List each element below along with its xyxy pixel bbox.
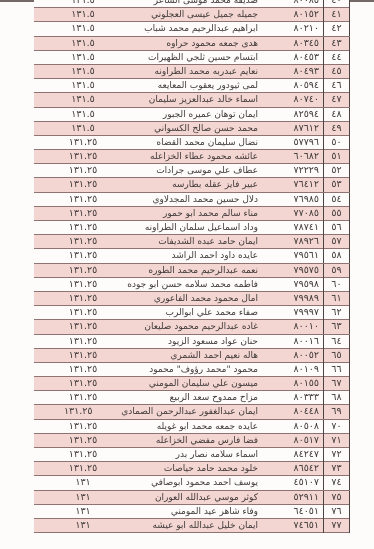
serial-cell: ٥٥	[323, 207, 350, 221]
table-row: ٦٤ ٨٠٠١٦ حنان عواد مسعود الزيود ١٣١.٢٥	[34, 335, 350, 349]
name-cell: ايمان عبدالغفور عبدالرحمن الصمادي	[121, 405, 263, 419]
table-row: ٤٣ ٨٠٣٤٥ هدى جمعه محمود حراوه ١٣١.٥	[34, 37, 350, 51]
value-cell: ١٣١.٢٥	[34, 363, 126, 377]
serial-cell: ٥٨	[323, 249, 350, 263]
id-cell: ٨٠٥١٧	[263, 434, 323, 448]
table-row: ٤٤ ٨٠٤٥٣ ابتسام حسين ثلجي الظهيرات ١٣١.٥	[34, 51, 350, 65]
serial-cell: ٦٩	[323, 405, 350, 419]
name-cell: محمود "محمد رؤوف" محمود	[126, 363, 263, 377]
value-cell: ١٣١	[34, 491, 126, 505]
id-cell: ٧٩٩٨٩	[263, 292, 323, 306]
id-cell: ٨٠٣٤٥	[263, 37, 323, 51]
table-row: ٤٦ ٨٠٥٩٤ لمى ثيودور يعقوب المعايعه ١٣١.٥	[34, 79, 350, 93]
id-cell: ٨٠١٥٥	[263, 377, 323, 391]
name-cell: جميله جميل عيسى العجلوني	[126, 8, 263, 22]
id-cell: ٥٢٩١١	[263, 491, 323, 505]
name-cell: اسماء خالد عبدالعزيز سليمان	[126, 93, 263, 107]
table-row: ٦٨ ٨٠٣٣٣ مزاح ممدوح سعد الربيع ١٣١.٢٥	[34, 391, 350, 405]
table-row: ٤٨ ٨٢٥٩٤ ايمان توهان عميره الجبور ١٣١.٥	[34, 108, 350, 122]
name-cell: نعايم عبدربه محمد الطراونه	[126, 65, 263, 79]
name-cell: وداد اسماعيل سلمان الطراونه	[126, 221, 263, 235]
value-cell: ١٣١.٢٥	[34, 349, 126, 363]
value-cell: ١٣١.٢٥	[34, 320, 126, 334]
name-cell: ايمان توهان عميره الجبور	[126, 108, 263, 122]
value-cell: ١٣١.٢٥	[34, 249, 126, 263]
table-row: ٧٤ ٤٥١٠٧ يوسف احمد محمود ابوصافي ١٣١	[34, 476, 350, 490]
table-row: ٥٧ ٧٨٩٢٦ ايمان حامد عبده الشديفات ١٣١.٢٥	[34, 235, 350, 249]
table-row: ٥٦ ٧٨٧٤١ وداد اسماعيل سلمان الطراونه ١٣١…	[34, 221, 350, 235]
serial-cell: ٤٠	[323, 0, 350, 8]
table-row: ٦٩ ٨٠٤٤٨ ايمان عبدالغفور عبدالرحمن الصما…	[34, 405, 350, 419]
name-cell: ابتسام حسين ثلجي الظهيرات	[126, 51, 263, 65]
name-cell: مزاح ممدوح سعد الربيع	[126, 391, 263, 405]
name-cell: حنان عواد مسعود الزيود	[126, 335, 263, 349]
value-cell: ١٣١.٢٥	[34, 292, 126, 306]
value-cell: ١٣١.٢٥	[34, 221, 126, 235]
table-row: ٦٧ ٨٠١٥٥ ميسون علي سليمان المومني ١٣١.٢٥	[34, 377, 350, 391]
value-cell: ١٣١.٢٥	[34, 278, 126, 292]
value-cell: ١٣١.٢٥	[34, 178, 126, 192]
value-cell: ١٣١.٢٥	[34, 264, 126, 278]
name-cell: خلود محمد حامد حياصات	[126, 462, 263, 476]
id-cell: ٨٠٥٩٤	[263, 79, 323, 93]
name-cell: نضال سليمان محمد القضاه	[126, 136, 263, 150]
serial-cell: ٧١	[323, 434, 350, 448]
serial-cell: ٤٣	[323, 37, 350, 51]
table-row: ٥٥ ٧٧٠٨٥ مناء سالم محمد ابو حمور ١٣١.٢٥	[34, 207, 350, 221]
scanned-document-page: ٤٠ ٨٠٠٨٥ صديقه محمد موسى الشاعر ١٣١.٥ ٤١…	[0, 0, 374, 549]
id-cell: ٥٧٧٩٦	[263, 136, 323, 150]
id-cell: ٨٠٠١٠	[263, 320, 323, 334]
serial-cell: ٧٠	[323, 420, 350, 434]
value-cell: ١٣١.٥	[34, 108, 126, 122]
name-cell: عايده جمعه محمد ابو غويله	[126, 420, 263, 434]
id-cell: ٤٥١٠٧	[263, 476, 323, 490]
value-cell: ١٣١.٥	[34, 122, 126, 136]
value-cell: ١٣١.٥	[34, 51, 126, 65]
serial-cell: ٤٥	[323, 65, 350, 79]
name-cell: يوسف احمد محمود ابوصافي	[126, 476, 263, 490]
id-cell: ٨٢٥٩٤	[263, 108, 323, 122]
serial-cell: ٦٧	[323, 377, 350, 391]
name-cell: وفاء شاهر عيد المومني	[126, 505, 263, 519]
id-cell: ٧٨٩٢٦	[263, 235, 323, 249]
id-cell: ٨٠٧٤٠	[263, 93, 323, 107]
serial-cell: ٥٦	[323, 221, 350, 235]
serial-cell: ٧٦	[323, 505, 350, 519]
value-cell: ١٣١	[34, 519, 126, 533]
serial-cell: ٥١	[323, 150, 350, 164]
serial-cell: ٦١	[323, 292, 350, 306]
serial-cell: ٦٤	[323, 335, 350, 349]
serial-cell: ٥٠	[323, 136, 350, 150]
value-cell: ١٣١.٥	[34, 37, 126, 51]
serial-cell: ٦٢	[323, 306, 350, 320]
value-cell: ١٣١.٢٥	[34, 207, 126, 221]
value-cell: ١٣١.٥	[34, 79, 126, 93]
table-row: ٥٣ ٧٦٤١٢ عبير فايز عقله بطارسه ١٣١.٢٥	[34, 178, 350, 192]
table-row: ٦٦ ٨٠١٠٩ محمود "محمد رؤوف" محمود ١٣١.٢٥	[34, 363, 350, 377]
serial-cell: ٧٧	[323, 519, 350, 533]
id-cell: ٧٨٧٤١	[263, 221, 323, 235]
serial-cell: ٥٧	[323, 235, 350, 249]
name-cell: عائشه محمود عطاء الخزاعله	[126, 150, 263, 164]
name-cell: هاله نعيم احمد الشمري	[126, 349, 263, 363]
id-cell: ٨٦٥٤٢	[263, 462, 323, 476]
serial-cell: ٦٠	[323, 278, 350, 292]
value-cell: ١٣١.٢٥	[34, 462, 126, 476]
name-cell: فاطمه محمد سلامه حسن ابو جوده	[126, 278, 263, 292]
name-cell: ايمان حامد عبده الشديفات	[126, 235, 263, 249]
table-row: ٦٠ ٧٩٥٩٨ فاطمه محمد سلامه حسن ابو جوده ١…	[34, 278, 350, 292]
name-cell: عبير فايز عقله بطارسه	[126, 178, 263, 192]
value-cell: ١٣١.٢٥	[34, 420, 126, 434]
id-cell: ٨٠٠٥٢	[263, 349, 323, 363]
serial-cell: ٦٥	[323, 349, 350, 363]
serial-cell: ٤٨	[323, 108, 350, 122]
serial-cell: ٧٢	[323, 448, 350, 462]
value-cell: ١٣١.٥	[34, 65, 126, 79]
serial-cell: ٦٨	[323, 391, 350, 405]
id-cell: ٨٠٢١٠	[263, 22, 323, 36]
id-cell: ٨٤٢٤٧	[263, 448, 323, 462]
id-cell: ٨٠٤٥٣	[263, 51, 323, 65]
id-cell: ٨٠٣٣٣	[263, 391, 323, 405]
value-cell: ١٣١.٥	[34, 0, 126, 8]
table-row: ٤٠ ٨٠٠٨٥ صديقه محمد موسى الشاعر ١٣١.٥	[34, 0, 350, 8]
serial-cell: ٤٩	[323, 122, 350, 136]
id-cell: ٧٦٩٨٥	[263, 193, 323, 207]
name-cell: لمى ثيودور يعقوب المعايعه	[126, 79, 263, 93]
value-cell: ١٣١	[34, 476, 126, 490]
value-cell: ١٣١.٢٥	[34, 306, 126, 320]
roster-table: ٤٠ ٨٠٠٨٥ صديقه محمد موسى الشاعر ١٣١.٥ ٤١…	[34, 0, 350, 533]
table-row: ٧١ ٨٠٥١٧ فضا فارس مفضي الخزاعله ١٣١.٢٥	[34, 434, 350, 448]
id-cell: ٨٠٤٤٨	[263, 405, 323, 419]
serial-cell: ٦٣	[323, 320, 350, 334]
table-row: ٧٥ ٥٢٩١١ كوثر موسي عبدالله العوران ١٣١	[34, 491, 350, 505]
value-cell: ١٣١	[34, 505, 126, 519]
serial-cell: ٦٦	[323, 363, 350, 377]
name-cell: كوثر موسي عبدالله العوران	[126, 491, 263, 505]
table-row: ٥٩ ٧٩٥٧٥ نعمه عبدالرحيم محمد الطوره ١٣١.…	[34, 264, 350, 278]
table-row: ٦٥ ٨٠٠٥٢ هاله نعيم احمد الشمري ١٣١.٢٥	[34, 349, 350, 363]
table-row: ٦٢ ٧٩٩٩٧ صفاء محمد علي ابوالرب ١٣١.٢٥	[34, 306, 350, 320]
serial-cell: ٥٢	[323, 164, 350, 178]
id-cell: ٨٠١٠٩	[263, 363, 323, 377]
serial-cell: ٧٥	[323, 491, 350, 505]
value-cell: ١٣١.٢٥	[34, 235, 126, 249]
serial-cell: ٤٤	[323, 51, 350, 65]
name-cell: عايده داود احمد الراشد	[126, 249, 263, 263]
name-cell: ايمان خليل عبدالله ابو عيشه	[126, 519, 263, 533]
value-cell: ١٣١.٥	[34, 93, 126, 107]
table-row: ٧٧ ٧٤٦٥١ ايمان خليل عبدالله ابو عيشه ١٣١	[34, 519, 350, 533]
name-cell: دلال حسين محمد المجدلاوي	[126, 193, 263, 207]
value-cell: ١٣١.٢٥	[34, 377, 126, 391]
table-row: ٧٦ ٦٤٠٥١ وفاء شاهر عيد المومني ١٣١	[34, 505, 350, 519]
id-cell: ٨٠١٥٢	[263, 8, 323, 22]
table-row: ٥٢ ٧٢٢٢٩ عطاف علي موسى جرادات ١٣١.٢٥	[34, 164, 350, 178]
value-cell: ١٣١.٢٥	[34, 448, 126, 462]
name-cell: محمد حسن صالح الكسواني	[126, 122, 263, 136]
table-row: ٤٩ ٨٧٦١٢ محمد حسن صالح الكسواني ١٣١.٥	[34, 122, 350, 136]
name-cell: غاده عبدالرحيم محمود صليعان	[126, 320, 263, 334]
name-cell: امال محمود محمد الفاعوري	[126, 292, 263, 306]
table-row: ٦٣ ٨٠٠١٠ غاده عبدالرحيم محمود صليعان ١٣١…	[34, 320, 350, 334]
serial-cell: ٥٤	[323, 193, 350, 207]
id-cell: ٨٠٥٠٨	[263, 420, 323, 434]
id-cell: ٧٦٤١٢	[263, 178, 323, 192]
value-cell: ١٣١.٥	[34, 8, 126, 22]
table-row: ٥٠ ٥٧٧٩٦ نضال سليمان محمد القضاه ١٣١.٢٥	[34, 136, 350, 150]
value-cell: ١٣١.٢٥	[29, 405, 121, 419]
serial-cell: ٤٧	[323, 93, 350, 107]
table-row: ٥٤ ٧٦٩٨٥ دلال حسين محمد المجدلاوي ١٣١.٢٥	[34, 193, 350, 207]
id-cell: ٧٩٥٧٥	[263, 264, 323, 278]
table-row: ٥٨ ٧٩٥٦١ عايده داود احمد الراشد ١٣١.٢٥	[34, 249, 350, 263]
serial-cell: ٧٣	[323, 462, 350, 476]
serial-cell: ٤١	[323, 8, 350, 22]
id-cell: ٦٤٠٥١	[263, 505, 323, 519]
table-row: ٤١ ٨٠١٥٢ جميله جميل عيسى العجلوني ١٣١.٥	[34, 8, 350, 22]
name-cell: هدى جمعه محمود حراوه	[126, 37, 263, 51]
name-cell: صديقه محمد موسى الشاعر	[126, 0, 263, 8]
name-cell: ميسون علي سليمان المومني	[126, 377, 263, 391]
table-row: ٦١ ٧٩٩٨٩ امال محمود محمد الفاعوري ١٣١.٢٥	[34, 292, 350, 306]
serial-cell: ٥٣	[323, 178, 350, 192]
id-cell: ٧٤٦٥١	[263, 519, 323, 533]
name-cell: نعمه عبدالرحيم محمد الطوره	[126, 264, 263, 278]
id-cell: ٧٩٩٩٧	[263, 306, 323, 320]
value-cell: ١٣١.٢٥	[34, 391, 126, 405]
table-row: ٤٢ ٨٠٢١٠ ابراهيم عبدالرحيم محمد شباب ١٣١…	[34, 22, 350, 36]
id-cell: ٧٧٠٨٥	[263, 207, 323, 221]
value-cell: ١٣١.٢٥	[34, 136, 126, 150]
id-cell: ٨٠٠٨٥	[263, 0, 323, 8]
serial-cell: ٤٦	[323, 79, 350, 93]
table-row: ٧٠ ٨٠٥٠٨ عايده جمعه محمد ابو غويله ١٣١.٢…	[34, 420, 350, 434]
table-row: ٧٢ ٨٤٢٤٧ اسماء سلامه نصار بدر ١٣١.٢٥	[34, 448, 350, 462]
name-cell: ابراهيم عبدالرحيم محمد شباب	[126, 22, 263, 36]
name-cell: صفاء محمد علي ابوالرب	[126, 306, 263, 320]
id-cell: ٧٢٢٢٩	[263, 164, 323, 178]
serial-cell: ٤٢	[323, 22, 350, 36]
id-cell: ٨٧٦١٢	[263, 122, 323, 136]
serial-cell: ٧٤	[323, 476, 350, 490]
value-cell: ١٣١.٢٥	[34, 335, 126, 349]
table-row: ٤٧ ٨٠٧٤٠ اسماء خالد عبدالعزيز سليمان ١٣١…	[34, 93, 350, 107]
value-cell: ١٣١.٢٥	[34, 164, 126, 178]
name-cell: عطاف علي موسى جرادات	[126, 164, 263, 178]
id-cell: ٧٩٥٦١	[263, 249, 323, 263]
name-cell: مناء سالم محمد ابو حمور	[126, 207, 263, 221]
id-cell: ٨٠٠١٦	[263, 335, 323, 349]
value-cell: ١٣١.٢٥	[34, 150, 126, 164]
value-cell: ١٣١.٥	[34, 22, 126, 36]
table-row: ٥١ ٦٠٦٨٢ عائشه محمود عطاء الخزاعله ١٣١.٢…	[34, 150, 350, 164]
id-cell: ٦٠٦٨٢	[263, 150, 323, 164]
id-cell: ٨٠٤٩٣	[263, 65, 323, 79]
id-cell: ٧٩٥٩٨	[263, 278, 323, 292]
table-row: ٧٣ ٨٦٥٤٢ خلود محمد حامد حياصات ١٣١.٢٥	[34, 462, 350, 476]
value-cell: ١٣١.٢٥	[34, 193, 126, 207]
table-row: ٤٥ ٨٠٤٩٣ نعايم عبدربه محمد الطراونه ١٣١.…	[34, 65, 350, 79]
name-cell: اسماء سلامه نصار بدر	[126, 448, 263, 462]
value-cell: ١٣١.٢٥	[34, 434, 126, 448]
serial-cell: ٥٩	[323, 264, 350, 278]
name-cell: فضا فارس مفضي الخزاعله	[126, 434, 263, 448]
